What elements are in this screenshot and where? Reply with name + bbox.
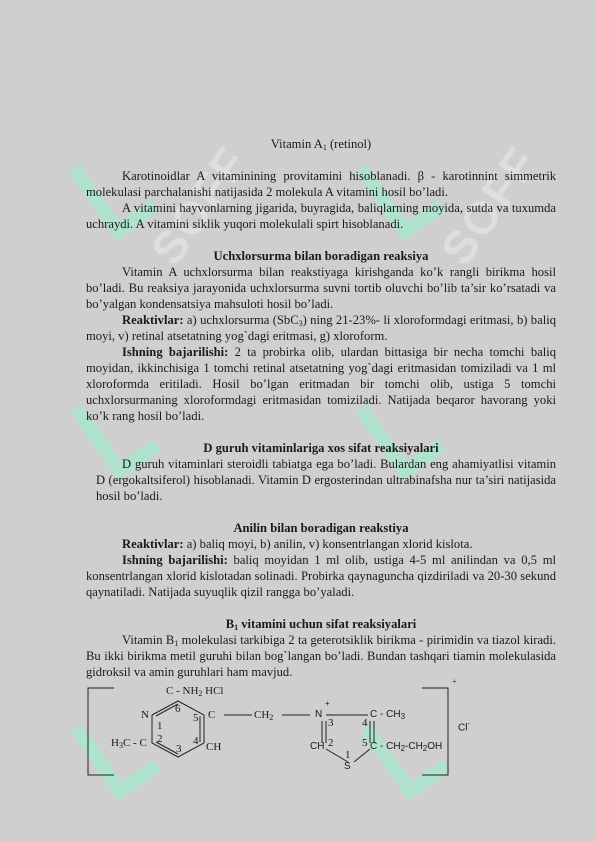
reagents-label: Reaktivlar:	[122, 313, 184, 327]
antimony-procedure: Ishning bajarilishi: 2 ta probirka olib,…	[86, 344, 556, 424]
ring-number: 3	[176, 743, 182, 755]
ring-number: 5	[362, 737, 368, 749]
thiamine-structure-diagram: C - NH2 HCl N C CH H3C - C 1 2 3 4 5 6 C…	[86, 685, 486, 780]
thiazole-c4-label: C - CH3	[370, 709, 405, 720]
ring-number: 2	[328, 737, 334, 749]
reagents-text: a) baliq moyi, b) anilin, v) konsentrlan…	[184, 537, 473, 551]
heading-text-tail: vitamini uchun sifat reaksiyalari	[238, 617, 416, 631]
aniline-reagents: Reaktivlar: a) baliq moyi, b) anilin, v)…	[86, 536, 556, 552]
procedure-label: Ishning bajarilishi:	[122, 553, 228, 567]
ring-number: 5	[193, 712, 199, 724]
thiazole-nitrogen-label: N	[315, 709, 322, 720]
bracket-charge-label: +	[452, 677, 457, 686]
ring-number: 3	[328, 717, 334, 729]
ring-number: 1	[157, 720, 163, 732]
aniline-procedure: Ishning bajarilishi: baliq moyidan 1 ml …	[86, 552, 556, 600]
positive-charge-label: +	[325, 699, 330, 708]
antimony-reagents: Reaktivlar: a) uchxlorsurma (SbC3) ning …	[86, 312, 556, 344]
ring-number: 2	[157, 733, 163, 745]
paragraph-text: Vitamin B	[122, 633, 174, 647]
section-heading-aniline: Anilin bilan boradigan reakstiya	[86, 520, 556, 536]
vitamin-b1-paragraph: Vitamin B1 molekulasi tarkibiga 2 ta get…	[86, 632, 556, 680]
methyl-group-label: H3C - C	[111, 737, 147, 749]
document-page: Vitamin A1 (retinol) Karotinoidlar A vit…	[86, 136, 556, 680]
section-heading-vitamin-d: D guruh vitaminlariga xos sifat reaksiya…	[86, 440, 556, 456]
heading-text: B	[226, 617, 234, 631]
ring-ch-label: CH	[206, 741, 221, 753]
page-title: Vitamin A1 (retinol)	[86, 136, 556, 152]
ring-nitrogen-label: N	[141, 709, 149, 721]
structure-bonds	[86, 685, 486, 780]
intro-paragraph-1: Karotinoidlar A vitaminining provitamini…	[86, 168, 556, 200]
amine-group-label: C - NH2 HCl	[166, 685, 223, 697]
antimony-paragraph: Vitamin A uchxlorsurma bilan reakstiyaga…	[86, 264, 556, 312]
ring-number: 4	[193, 735, 199, 747]
section-heading-antimony: Uchxlorsurma bilan boradigan reaksiya	[86, 248, 556, 264]
reagents-label: Reaktivlar:	[122, 537, 184, 551]
ring-number: 4	[362, 717, 368, 729]
title-suffix: (retinol)	[327, 137, 371, 151]
chloride-counter-ion-label: Cl-	[458, 721, 470, 733]
section-heading-vitamin-b1: B1 vitamini uchun sifat reaksiyalari	[86, 616, 556, 632]
intro-paragraph-2: A vitamini hayvonlarning jigarida, buyra…	[86, 200, 556, 232]
title-text: Vitamin A	[271, 137, 323, 151]
reagents-text: a) uchxlorsurma (SbC	[184, 313, 299, 327]
methylene-bridge-label: CH2	[254, 709, 273, 721]
vitamin-d-paragraph: D guruh vitaminlari steroidli tabiatga e…	[96, 456, 556, 504]
procedure-label: Ishning bajarilishi:	[122, 345, 228, 359]
ring-number: 6	[175, 703, 181, 715]
ring-carbon-label: C	[208, 709, 215, 721]
ring-number: 1	[345, 749, 351, 761]
thiazole-sulfur-label: S	[344, 761, 351, 772]
hydroxyethyl-group-label: C - CH2-CH2OH	[370, 741, 442, 752]
thiazole-ch-label: CH	[310, 741, 324, 752]
